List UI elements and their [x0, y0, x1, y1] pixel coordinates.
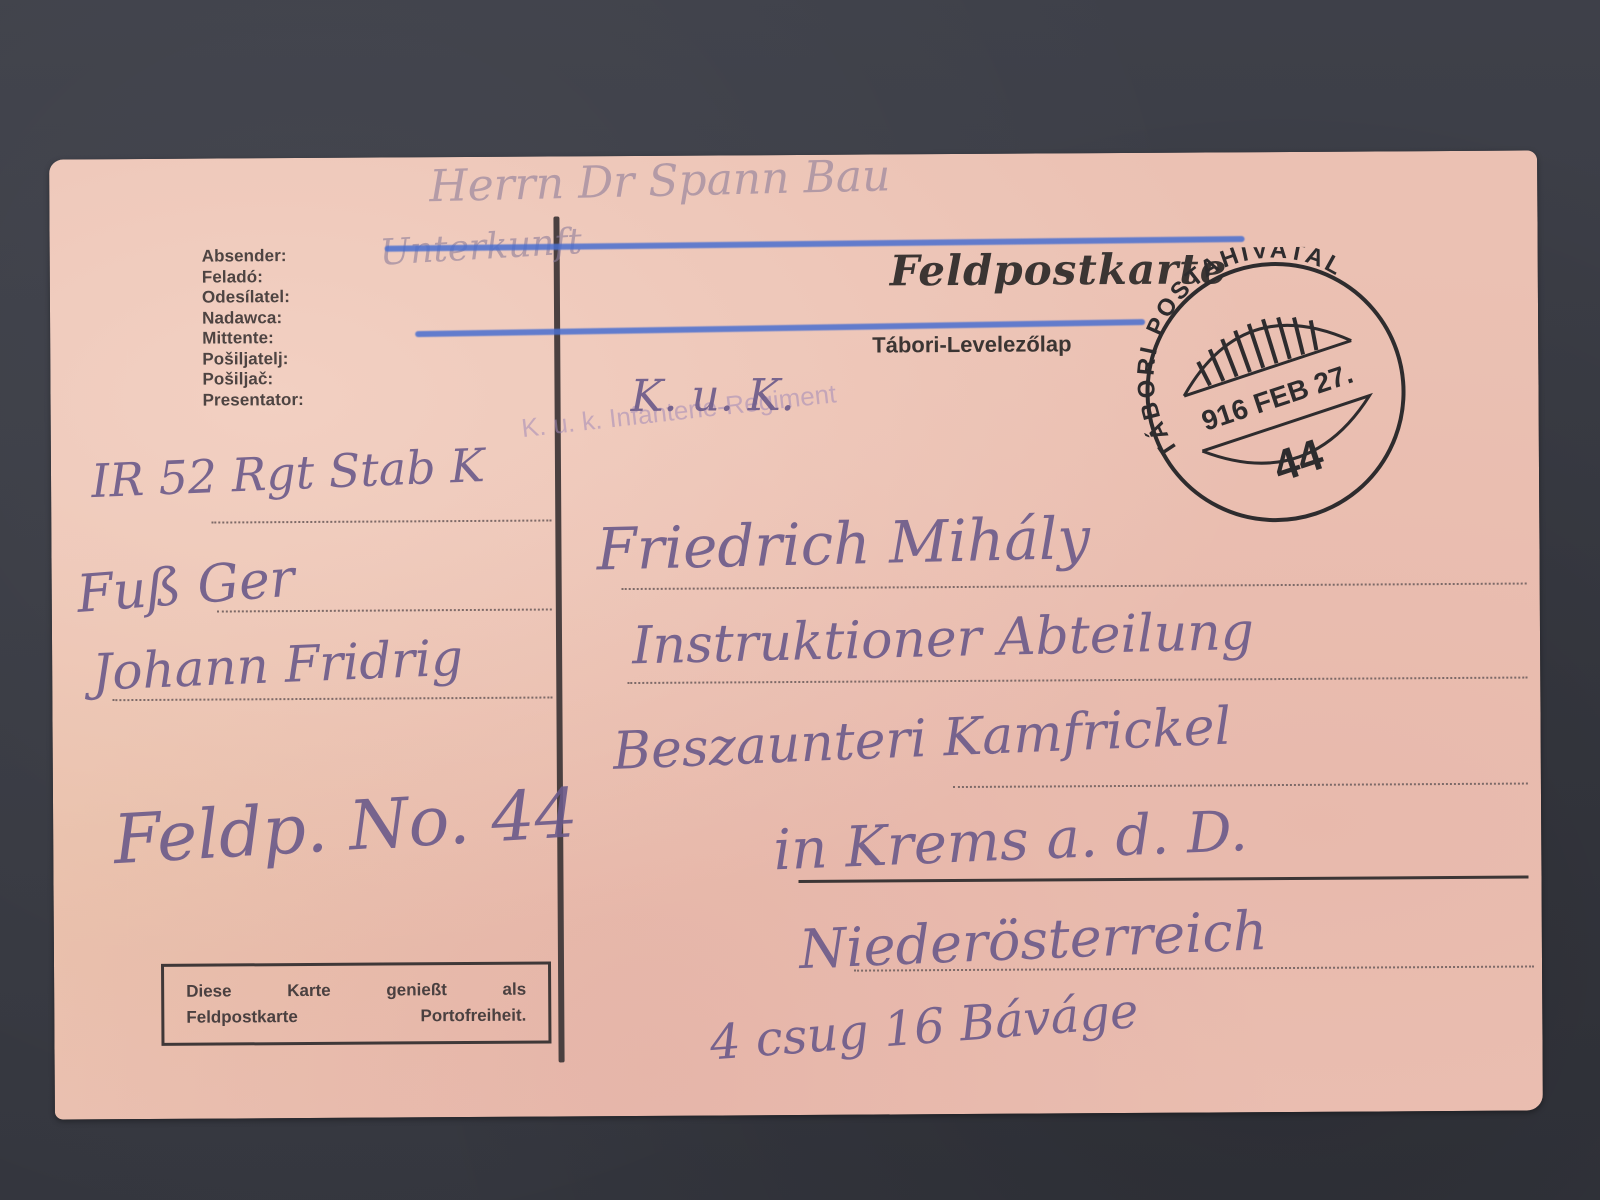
postmark-cancel: TÁBORI POSTAHIVATAL 916 FEB 27. 44 [1125, 246, 1427, 538]
sender-label: Odesílatel: [202, 287, 303, 308]
postmark-office-number: 44 [1267, 430, 1329, 492]
sender-label: Pošiljač: [202, 369, 303, 390]
notice-word: als [502, 977, 526, 1003]
vertical-divider [553, 216, 564, 1062]
recipient-handwriting: Instruktioner Abteilung [631, 602, 1254, 677]
sender-label: Absender: [202, 246, 303, 267]
recipient-handwriting: Beszaunteri Kamfrickel [612, 697, 1233, 782]
recipient-handwriting: 4 csug 16 Báváge [708, 983, 1140, 1071]
notice-word: Karte [287, 978, 331, 1004]
notice-word: genießt [386, 977, 447, 1003]
field-postcard: Absender: Feladó: Odesílatel: Nadawca: M… [49, 150, 1543, 1119]
recipient-handwriting: Friedrich Mihály [596, 504, 1091, 584]
sender-handwriting: Feldp. No. 44 [111, 774, 580, 880]
sender-handwriting: Fuß Ger [75, 549, 297, 625]
crossed-out-pencil-line: Herrn Dr Spann Bau [429, 150, 891, 212]
sender-label: Nadawca: [202, 308, 303, 329]
notice-word: Diese [186, 978, 232, 1004]
sender-label: Presentator: [202, 390, 303, 411]
card-title-hungarian: Tábori-Levelezőlap [872, 331, 1071, 358]
sender-label: Pošiljatelj: [202, 349, 303, 370]
recipient-handwriting: in Krems a. d. D. [772, 799, 1249, 883]
notice-word: Portofreiheit. [420, 1003, 526, 1030]
notice-word: Feldpostkarte [186, 1004, 298, 1031]
sender-dotted-line [211, 519, 551, 523]
recipient-handwriting: K. u. K. [630, 370, 794, 422]
sender-label: Mittente: [202, 328, 303, 349]
sender-handwriting: IR 52 Rgt Stab K [90, 438, 486, 508]
address-dotted-line [953, 783, 1528, 789]
address-dotted-line [622, 583, 1527, 591]
sender-label: Feladó: [202, 267, 303, 288]
sender-label-column: Absender: Feladó: Odesílatel: Nadawca: M… [202, 246, 304, 411]
address-dotted-line [627, 677, 1527, 684]
sender-handwriting: Johann Fridrig [91, 629, 464, 702]
postage-free-notice: Diese Karte genießt als Feldpostkarte Po… [161, 962, 551, 1046]
